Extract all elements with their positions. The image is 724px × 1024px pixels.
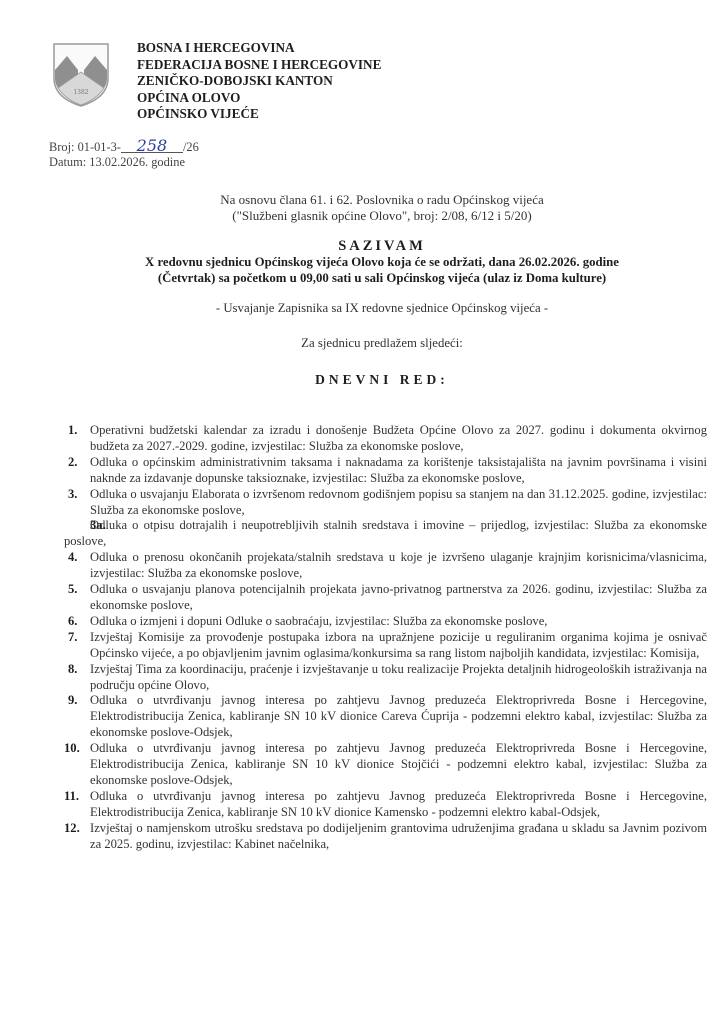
header-line-municipality: OPĆINA OLOVO bbox=[137, 90, 381, 107]
agenda-item: 11.Odluka o utvrđivanju javnog interesa … bbox=[64, 789, 707, 821]
agenda-list: 1.Operativni budžetski kalendar za izrad… bbox=[64, 423, 707, 852]
agenda-item-number: 2. bbox=[68, 455, 77, 471]
agenda-item-number: 10. bbox=[64, 741, 80, 757]
agenda-item: 3.Odluka o usvajanju Elaborata o izvršen… bbox=[64, 487, 707, 519]
agenda-item-text: Odluka o utvrđivanju javnog interesa po … bbox=[90, 693, 707, 739]
agenda-item-text: Odluka o utvrđivanju javnog interesa po … bbox=[90, 789, 707, 819]
convocation-line-1: X redovnu sjednicu Općinskog vijeća Olov… bbox=[40, 254, 724, 270]
institution-header: BOSNA I HERCEGOVINA FEDERACIJA BOSNE I H… bbox=[137, 40, 381, 123]
legal-basis-line-2: ("Službeni glasnik općine Olovo", broj: … bbox=[40, 208, 724, 224]
header-line-country: BOSNA I HERCEGOVINA bbox=[137, 40, 381, 57]
agenda-item-number: 8. bbox=[68, 662, 77, 678]
agenda-title: DNEVNI RED: bbox=[0, 372, 724, 388]
convocation-title: SAZIVAM bbox=[0, 238, 724, 255]
convocation-line-2: (Četvrtak) sa početkom u 09,00 sati u sa… bbox=[40, 270, 724, 286]
agenda-item-number: 7. bbox=[68, 630, 77, 646]
agenda-item: 12.Izvještaj o namjenskom utrošku sredst… bbox=[64, 821, 707, 853]
agenda-item: 1.Operativni budžetski kalendar za izrad… bbox=[64, 423, 707, 455]
agenda-item-text: Odluka o utvrđivanju javnog interesa po … bbox=[90, 741, 707, 787]
agenda-item: 8.Izvještaj Tima za koordinaciju, praćen… bbox=[64, 662, 707, 694]
agenda-item-number: 9. bbox=[68, 693, 77, 709]
reference-number-prefix: Broj: 01-01-3- bbox=[49, 140, 121, 154]
proposal-note: Za sjednicu predlažem sljedeći: bbox=[0, 336, 724, 351]
agenda-item-number: 3a. bbox=[64, 518, 106, 534]
minutes-approval-note: - Usvajanje Zapisnika sa IX redovne sjed… bbox=[0, 301, 724, 316]
agenda-item: 7.Izvještaj Komisije za provođenje postu… bbox=[64, 630, 707, 662]
agenda-item-number: 5. bbox=[68, 582, 77, 598]
agenda-item-text: Odluka o prenosu okončanih projekata/sta… bbox=[90, 550, 707, 580]
document-page: 1382 BOSNA I HERCEGOVINA FEDERACIJA BOSN… bbox=[0, 0, 724, 1024]
agenda-item-number: 3. bbox=[68, 487, 77, 503]
reference-date: Datum: 13.02.2026. godine bbox=[49, 155, 199, 170]
agenda-item: 10.Odluka o utvrđivanju javnog interesa … bbox=[64, 741, 707, 789]
agenda-item-text: Izvještaj Komisije za provođenje postupa… bbox=[90, 630, 707, 660]
svg-text:1382: 1382 bbox=[73, 89, 88, 96]
reference-number-handwritten: 258 bbox=[121, 140, 183, 153]
document-reference: Broj: 01-01-3-258/26 Datum: 13.02.2026. … bbox=[49, 140, 199, 170]
agenda-item: 3a.Odluka o otpisu dotrajalih i neupotre… bbox=[64, 518, 707, 550]
header-line-canton: ZENIČKO-DOBOJSKI KANTON bbox=[137, 73, 381, 90]
agenda-item-text: Izvještaj o namjenskom utrošku sredstava… bbox=[90, 821, 707, 851]
header-line-federation: FEDERACIJA BOSNE I HERCEGOVINE bbox=[137, 57, 381, 74]
agenda-item-text: Izvještaj Tima za koordinaciju, praćenje… bbox=[90, 662, 707, 692]
agenda-item-number: 6. bbox=[68, 614, 77, 630]
agenda-item: 9.Odluka o utvrđivanju javnog interesa p… bbox=[64, 693, 707, 741]
agenda-item: 5.Odluka o usvajanju planova potencijaln… bbox=[64, 582, 707, 614]
coat-of-arms-icon: 1382 bbox=[52, 42, 110, 108]
reference-number: Broj: 01-01-3-258/26 bbox=[49, 140, 199, 155]
agenda-item-text: Odluka o usvajanju Elaborata o izvršenom… bbox=[90, 487, 707, 517]
agenda-item-number: 4. bbox=[68, 550, 77, 566]
agenda-item-number: 12. bbox=[64, 821, 80, 837]
agenda-item-text: Odluka o općinskim administrativnim taks… bbox=[90, 455, 707, 485]
agenda-item-number: 1. bbox=[68, 423, 77, 439]
legal-basis: Na osnovu člana 61. i 62. Poslovnika o r… bbox=[0, 192, 724, 224]
header-line-council: OPĆINSKO VIJEĆE bbox=[137, 106, 381, 123]
agenda-item-text: Odluka o otpisu dotrajalih i neupotreblj… bbox=[64, 518, 707, 548]
agenda-item-text: Operativni budžetski kalendar za izradu … bbox=[90, 423, 707, 453]
agenda-item: 4.Odluka o prenosu okončanih projekata/s… bbox=[64, 550, 707, 582]
agenda-item-text: Odluka o usvajanju planova potencijalnih… bbox=[90, 582, 707, 612]
reference-number-suffix: /26 bbox=[183, 140, 199, 154]
agenda-item-text: Odluka o izmjeni i dopuni Odluke o saobr… bbox=[90, 614, 547, 628]
agenda-item: 2.Odluka o općinskim administrativnim ta… bbox=[64, 455, 707, 487]
convocation-details: X redovnu sjednicu Općinskog vijeća Olov… bbox=[0, 254, 724, 286]
agenda-item-number: 11. bbox=[64, 789, 79, 805]
legal-basis-line-1: Na osnovu člana 61. i 62. Poslovnika o r… bbox=[40, 192, 724, 208]
agenda-item: 6.Odluka o izmjeni i dopuni Odluke o sao… bbox=[64, 614, 707, 630]
